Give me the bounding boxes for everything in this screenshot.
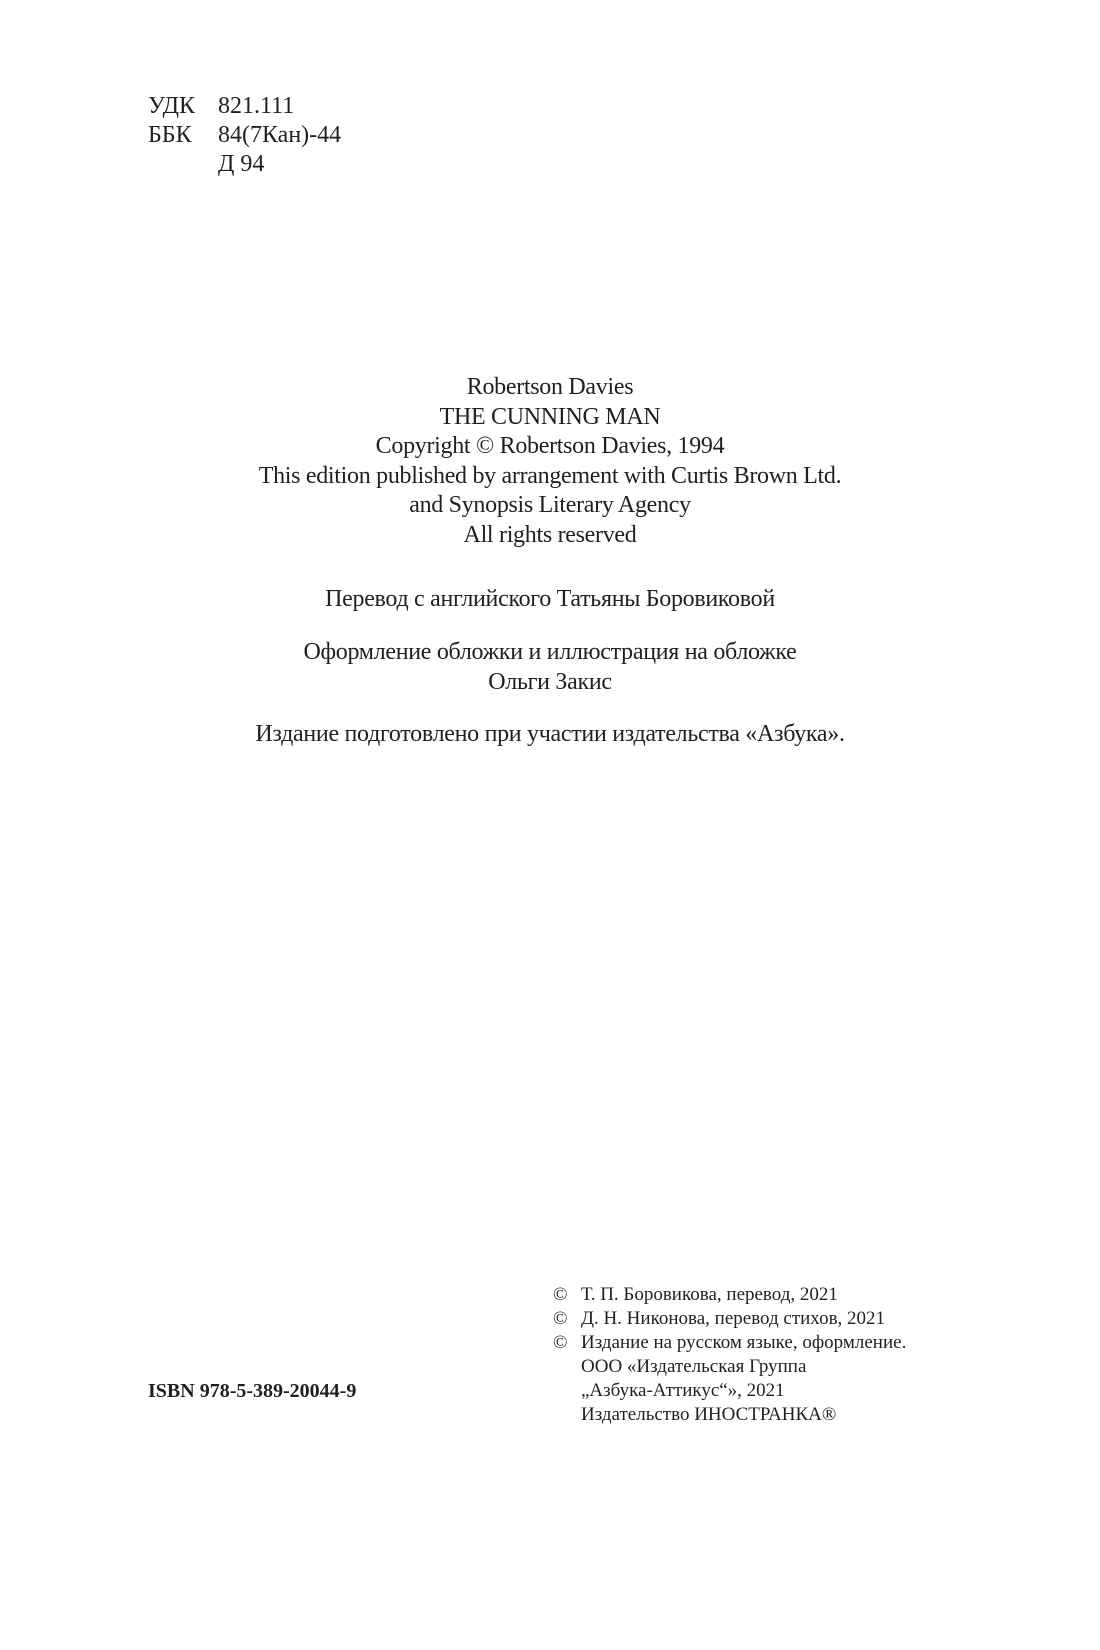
edition-note: Издание подготовлено при участии издател… (0, 720, 1100, 750)
original-rights-block: Robertson Davies THE CUNNING MAN Copyrig… (0, 373, 1100, 550)
copyright-entry: © Д. Н. Никонова, перевод стихов, 2021 (553, 1307, 906, 1331)
copyright-entry-text: Д. Н. Никонова, перевод стихов, 2021 (581, 1307, 885, 1331)
classification-block: УДК 821.111 ББК 84(7Кан)-44 Д 94 (148, 92, 341, 179)
copyright-continuation: „Азбука-Аттикус“», 2021 (553, 1379, 906, 1403)
cover-design-line-1: Оформление обложки и иллюстрация на обло… (0, 638, 1100, 668)
imprint-page: УДК 821.111 ББК 84(7Кан)-44 Д 94 Roberts… (0, 0, 1100, 1650)
copyright-icon: © (553, 1331, 581, 1355)
udk-value: 821.111 (218, 92, 294, 121)
copyright-continuation: Издательство ИНОСТРАНКА® (553, 1403, 906, 1427)
translation-credit-text: Перевод с английского Татьяны Боровиково… (0, 585, 1100, 615)
isbn: ISBN 978-5-389-20044-9 (148, 1380, 356, 1403)
publisher-group-line-1: ООО «Издательская Группа (581, 1355, 806, 1379)
copyright-icon: © (553, 1283, 581, 1307)
original-title: THE CUNNING MAN (0, 403, 1100, 433)
publisher-imprint: Издательство ИНОСТРАНКА® (581, 1403, 836, 1427)
edition-note-text: Издание подготовлено при участии издател… (0, 720, 1100, 750)
translation-credit: Перевод с английского Татьяны Боровиково… (0, 585, 1100, 615)
author-mark: Д 94 (218, 150, 264, 179)
copyright-entry-text: Издание на русском языке, оформление. (581, 1331, 906, 1355)
author-mark-row: Д 94 (148, 150, 341, 179)
copyright-icon: © (553, 1307, 581, 1331)
copyright-continuation: ООО «Издательская Группа (553, 1355, 906, 1379)
bbk-label: ББК (148, 121, 218, 150)
bbk-value: 84(7Кан)-44 (218, 121, 341, 150)
udk-label: УДК (148, 92, 218, 121)
publisher-group-line-2: „Азбука-Аттикус“», 2021 (581, 1379, 785, 1403)
udk-row: УДК 821.111 (148, 92, 341, 121)
cover-design-credit: Оформление обложки и иллюстрация на обло… (0, 638, 1100, 697)
copyright-entry-text: Т. П. Боровикова, перевод, 2021 (581, 1283, 838, 1307)
bbk-row: ББК 84(7Кан)-44 (148, 121, 341, 150)
rights-reserved: All rights reserved (0, 521, 1100, 551)
original-author: Robertson Davies (0, 373, 1100, 403)
arrangement-line: This edition published by arrangement wi… (0, 462, 1100, 492)
copyright-block: © Т. П. Боровикова, перевод, 2021 © Д. Н… (553, 1283, 906, 1427)
original-copyright: Copyright © Robertson Davies, 1994 (0, 432, 1100, 462)
copyright-entry: © Издание на русском языке, оформление. (553, 1331, 906, 1355)
copyright-entry: © Т. П. Боровикова, перевод, 2021 (553, 1283, 906, 1307)
cover-design-line-2: Ольги Закис (0, 668, 1100, 698)
agency-line: and Synopsis Literary Agency (0, 491, 1100, 521)
